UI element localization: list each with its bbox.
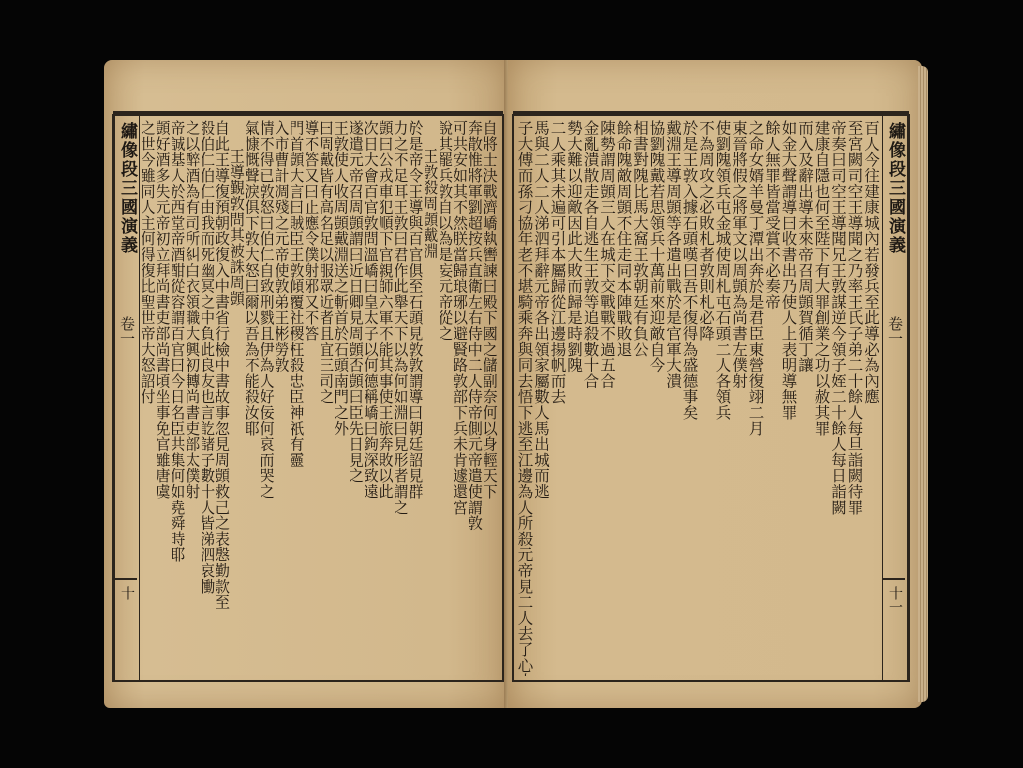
right-page-text: 百人今往建康城內若發兵至此導必為內應 至宮闕司空王導聞之乃率王氏子弟二十餘人每旦… bbox=[518, 120, 880, 676]
text-column: 如金大聲謂導曰收書出乃使人上表明導無罪 bbox=[782, 120, 798, 676]
text-column: 之以醉酒為有司所糾白衣領職大興初轉尚書吏部太僕射 bbox=[187, 120, 201, 676]
fishtail-mark bbox=[883, 578, 905, 580]
left-page-volume: 卷一 bbox=[117, 316, 137, 346]
right-page-margin: 繡像段三國演義 卷一 十一 bbox=[882, 116, 908, 680]
text-column: 顗好酒多失元帝初立拜尚書吏部尚書頃坐事免官雖唐虞 bbox=[157, 120, 171, 676]
fishtail-mark bbox=[115, 578, 137, 580]
text-column: 王敦使人收周顗戴淵送之斬首於石頭南門之外 bbox=[335, 120, 349, 676]
left-page-margin: 繡像段三國演義 卷一 十 bbox=[114, 116, 140, 680]
text-column: 二人乘其未遍可引本屬歸從江邊揚帆而去 bbox=[551, 120, 567, 676]
text-column: 遂遣元帝召周顗謂曰近日卿見周顗否顗曰臣先日見之 bbox=[350, 120, 364, 676]
text-column: 協劉隗戴若思領兵十萬前來迎敵自今 bbox=[650, 120, 666, 676]
text-column: 曰周戴皆有高名足以服眾近者且宜三司之 bbox=[321, 120, 335, 676]
text-column: 金亂潰散走各自逃生王敦等追殺數十合 bbox=[584, 120, 600, 676]
section-heading-column: 王敦殺周顗戴淵 bbox=[425, 120, 439, 676]
text-column: 之世今雖同人主何得復比聖世帝大怒詔付 bbox=[142, 120, 156, 676]
text-column: 於是王敦入據石頭嘆曰吾不復得為盛德事矣 bbox=[683, 120, 699, 676]
left-page-book-title: 繡像段三國演義 bbox=[117, 122, 137, 255]
text-column: 陳勢謂周顗三人在城下交戰戰不過五合 bbox=[601, 120, 617, 676]
text-column: 之命女婿羊曼丁潭出奔於是君臣東營復翊二月 bbox=[749, 120, 765, 676]
left-page-number: 十 bbox=[117, 586, 137, 600]
section-heading-column: 王導覲敦問其被誅周顗 bbox=[231, 120, 245, 676]
text-column: 馬與二人二人涕泗拜辭元帝各出領家屬數人馬出城而逃 bbox=[535, 120, 551, 676]
text-column: 帝誠基人於西堂帝酒酣從容謂百官曰今日名臣共集何如堯舜時耶 bbox=[172, 120, 186, 676]
text-column: 可共安如其不然朕當歸琅琊以避賢路敦部下兵未肯遽還宮 bbox=[454, 120, 468, 676]
right-page-number: 十一 bbox=[885, 586, 905, 614]
text-column: 使劉隗領兵屯金城使周札屯石頭二人各領兵 bbox=[716, 120, 732, 676]
text-column: 餘命隗敵周顗不住走同本陣戰敗退 bbox=[617, 120, 633, 676]
text-column: 子大傅而孫刁協年老不堪騎乘奔與同去悟下逃至江邊為人所殺元帝見二人去了心中憂悶無人… bbox=[518, 120, 534, 676]
text-column: 顗曰公戎車犯順下官親師六軍不能其事使王旅奔敗以此 bbox=[380, 120, 394, 676]
text-column: 力之不足耳王敦曰君作此舉天下以為何如淵曰見形者謂之 bbox=[395, 120, 409, 676]
text-column: 自將士決戰濟嶠執轡諫曰殿下國之儲副奈何以身輕天下 bbox=[484, 120, 498, 676]
text-column: 奔散惟將軍劉超按兵直衛左右侍中二人侍帝側元帝遣使謂敦 bbox=[469, 120, 483, 676]
text-column: 相書對隗比馬大窩王敦朝廷有負公 bbox=[634, 120, 650, 676]
text-column: 自此王導復預朝政復入中書省行檢中書故事忽見周顗救己之表慇勤款至 bbox=[216, 120, 230, 676]
left-page-text: 自將士決戰濟嶠執轡諫曰殿下國之儲副奈何以身輕天下 奔散惟將軍劉超按兵直衛左右侍中… bbox=[142, 120, 498, 676]
right-page-volume: 卷一 bbox=[885, 316, 905, 346]
right-page-book-title: 繡像段三國演義 bbox=[885, 122, 905, 255]
text-column: 東晉將假之將軍文以周顗為尚書左僕射 bbox=[733, 120, 749, 676]
text-column: 入市曹計凋殘之元帝使敦弟王彬勞敦 bbox=[276, 120, 290, 676]
text-column: 而入及辭出導未來帝召周顗賀循丁讓 bbox=[799, 120, 815, 676]
text-column: 帝奏曰司空王導聞兄王敦謀逆今領子姪二十餘人每日詣闕 bbox=[832, 120, 848, 676]
right-page: 繡像段三國演義 卷一 十一 百人今往建康城內若發兵至此導必為內應 至宮闕司空王導… bbox=[508, 60, 922, 708]
text-column: 至宮闕司空王導聞之乃率王氏子弟二十餘人每旦詣闕待罪 bbox=[848, 120, 864, 676]
text-column: 氣慷慨聲淚俱下敦大怒曰爾以吾為不能殺汝耶 bbox=[246, 120, 260, 676]
text-column: 百人今往建康城內若發兵至此導必為內應 bbox=[865, 120, 881, 676]
text-column: 次日大會百官敦問溫嶠曰皇太子以何德稱嶠曰鉤深致遠 bbox=[365, 120, 379, 676]
text-column: 於是帝令王導與百官俱至石頭見敦敦謂導曰朝廷詔見群 bbox=[410, 120, 424, 676]
text-column: 情不得已敦怒曰伯仁自致刑戮且伊為人好佞何哀而哭之 bbox=[261, 120, 275, 676]
text-column: 餘人無罪皆當受賞不必奏帝 bbox=[766, 120, 782, 676]
text-column: 殺伯仁伯仁由我而死幽冥之中負此良友也言訖諸子數十人皆涕泗哀慟 bbox=[202, 120, 216, 676]
text-column: 戴淵王導周顗等各遣出戰於是官軍大潰 bbox=[667, 120, 683, 676]
text-column: 不為周攻之必敗札者敦則札必降 bbox=[700, 120, 716, 676]
text-column: 說其罷兵敦自以為是妄元帝從之 bbox=[440, 120, 454, 676]
text-column: 勢大難以迎敵因此大敗而歸是時劉隗 bbox=[568, 120, 584, 676]
right-page-frame: 繡像段三國演義 卷一 十一 百人今往建康城內若發兵至此導必為內應 至宮闕司空王導… bbox=[512, 114, 910, 682]
text-column: 導不答又曰止應令僕射邪又不答 bbox=[306, 120, 320, 676]
left-page-frame: 繡像段三國演義 卷一 十 自將士決戰濟嶠執轡諫曰殿下國之儲副奈何以身輕天下 奔散… bbox=[112, 114, 504, 682]
page-edge-stack bbox=[918, 66, 928, 702]
text-column: 建康自隱也何至陛下有大罪創業之功以赦其罪 bbox=[815, 120, 831, 676]
left-page: 繡像段三國演義 卷一 十 自將士決戰濟嶠執轡諫曰殿下國之儲副奈何以身輕天下 奔散… bbox=[104, 60, 508, 708]
text-column: 門首顗大言曰賊臣王敦傾覆社稷枉殺忠臣神祇有靈 bbox=[291, 120, 305, 676]
open-book: 繡像段三國演義 卷一 十 自將士決戰濟嶠執轡諫曰殿下國之儲副奈何以身輕天下 奔散… bbox=[104, 60, 922, 708]
